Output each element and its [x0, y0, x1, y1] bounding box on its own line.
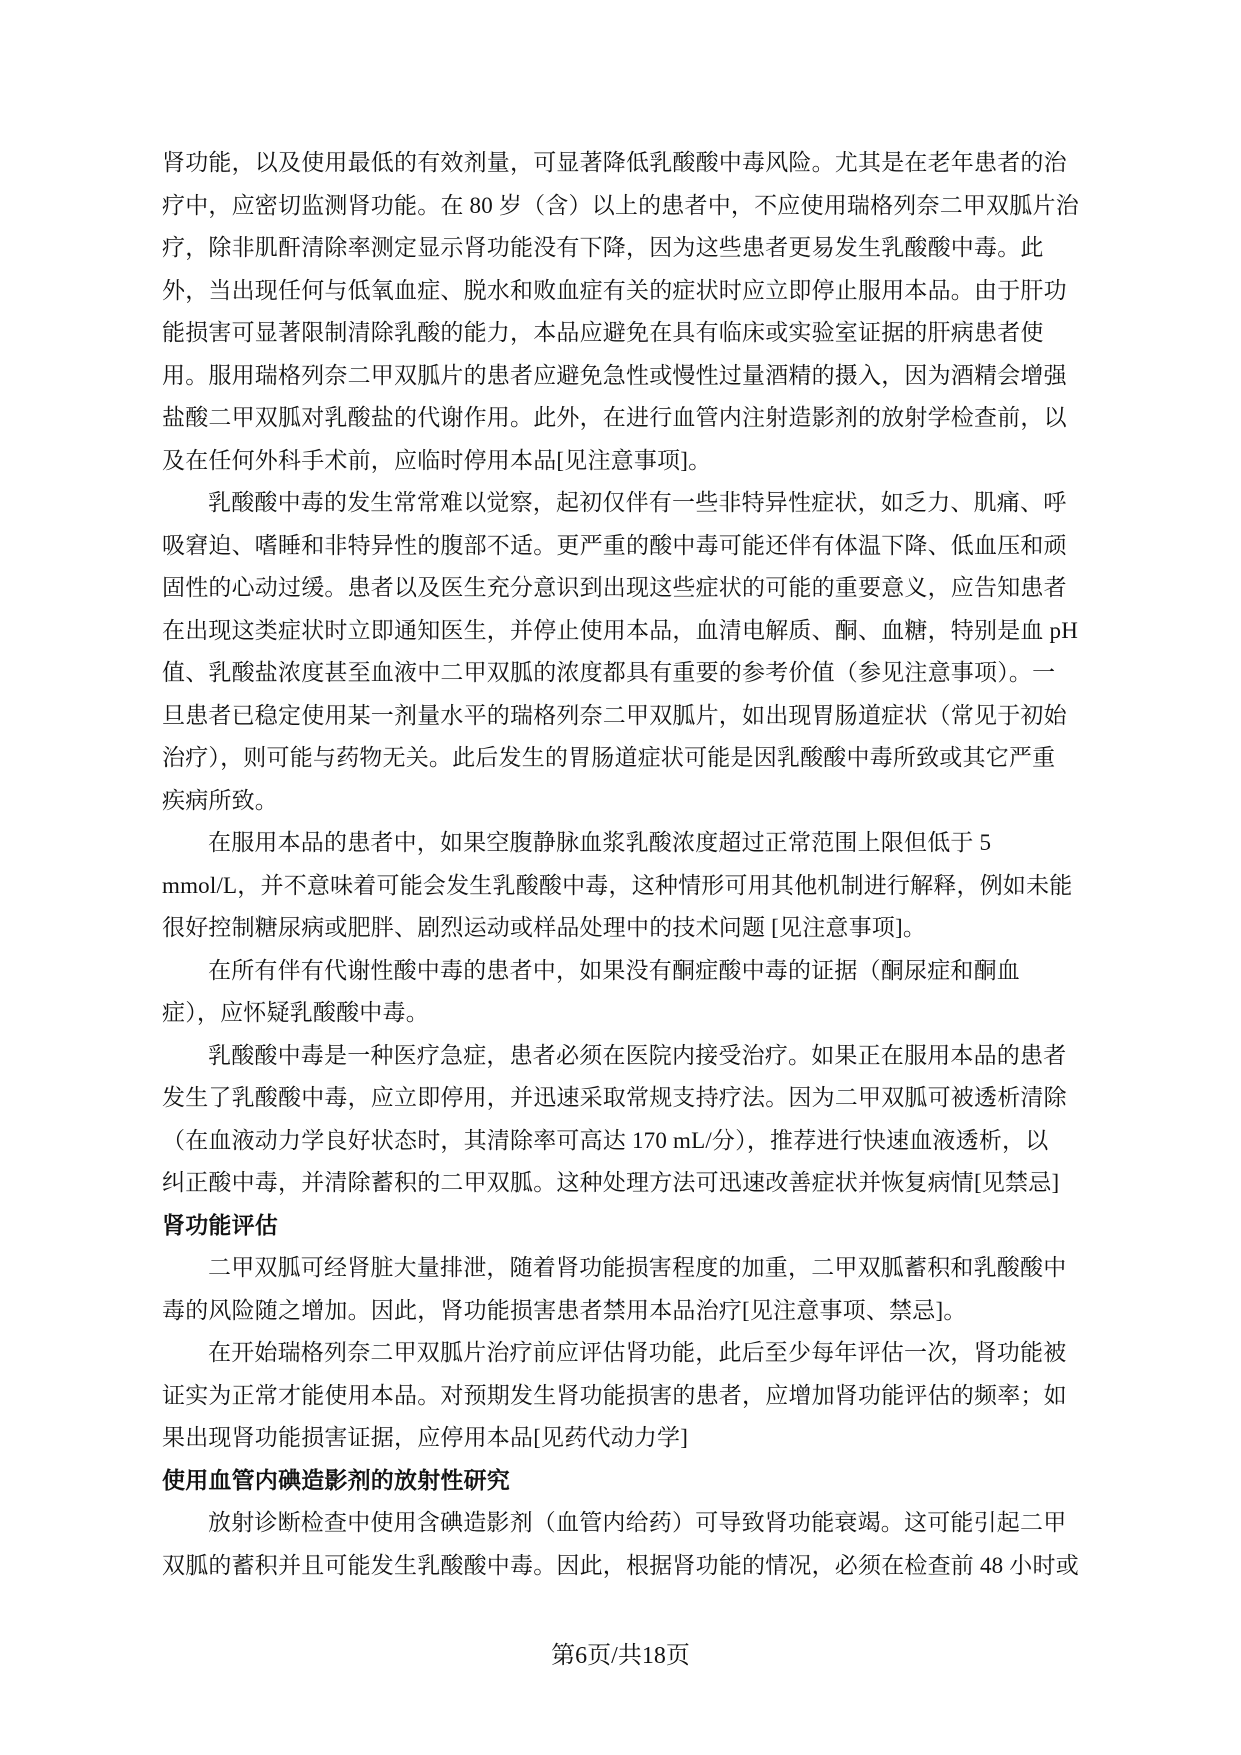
text-line: 用。服用瑞格列奈二甲双胍片的患者应避免急性或慢性过量酒精的摄入，因为酒精会增强 [162, 355, 1087, 398]
page-footer: 第6页/共18页 [0, 1640, 1241, 1672]
text-line: 发生了乳酸酸中毒，应立即停用，并迅速采取常规支持疗法。因为二甲双胍可被透析清除 [162, 1077, 1087, 1120]
text-line: 在出现这类症状时立即通知医生，并停止使用本品，血清电解质、酮、血糖，特别是血 p… [162, 610, 1087, 653]
text-line: 在服用本品的患者中，如果空腹静脉血浆乳酸浓度超过正常范围上限但低于 5 [162, 822, 1087, 865]
section-heading: 使用血管内碘造影剂的放射性研究 [162, 1460, 1087, 1503]
section-heading: 肾功能评估 [162, 1205, 1087, 1248]
text-line: 能损害可显著限制清除乳酸的能力，本品应避免在具有临床或实验室证据的肝病患者使 [162, 312, 1087, 355]
text-line: 症），应怀疑乳酸酸中毒。 [162, 992, 1087, 1035]
text-line: 旦患者已稳定使用某一剂量水平的瑞格列奈二甲双胍片，如出现胃肠道症状（常见于初始 [162, 695, 1087, 738]
text-line: 纠正酸中毒，并清除蓄积的二甲双胍。这种处理方法可迅速改善症状并恢复病情[见禁忌] [162, 1162, 1087, 1205]
page-number: 第6页/共18页 [551, 1643, 690, 1669]
text-line: 疗，除非肌酐清除率测定显示肾功能没有下降，因为这些患者更易发生乳酸酸中毒。此 [162, 227, 1087, 270]
text-line: 乳酸酸中毒是一种医疗急症，患者必须在医院内接受治疗。如果正在服用本品的患者 [162, 1035, 1087, 1078]
text-line: 二甲双胍可经肾脏大量排泄，随着肾功能损害程度的加重，二甲双胍蓄积和乳酸酸中 [162, 1247, 1087, 1290]
text-line: 肾功能，以及使用最低的有效剂量，可显著降低乳酸酸中毒风险。尤其是在老年患者的治 [162, 142, 1087, 185]
text-line: 疾病所致。 [162, 780, 1087, 823]
text-line: mmol/L，并不意味着可能会发生乳酸酸中毒，这种情形可用其他机制进行解释，例如… [162, 865, 1087, 908]
text-line: 疗中，应密切监测肾功能。在 80 岁（含）以上的患者中，不应使用瑞格列奈二甲双胍… [162, 185, 1087, 228]
text-line: 很好控制糖尿病或肥胖、剧烈运动或样品处理中的技术问题 [见注意事项]。 [162, 907, 1087, 950]
text-line: 放射诊断检查中使用含碘造影剂（血管内给药）可导致肾功能衰竭。这可能引起二甲 [162, 1502, 1087, 1545]
text-line: 果出现肾功能损害证据，应停用本品[见药代动力学] [162, 1417, 1087, 1460]
document-page: 肾功能，以及使用最低的有效剂量，可显著降低乳酸酸中毒风险。尤其是在老年患者的治疗… [0, 0, 1241, 1755]
text-line: 值、乳酸盐浓度甚至血液中二甲双胍的浓度都具有重要的参考价值（参见注意事项）。一 [162, 652, 1087, 695]
text-line: 乳酸酸中毒的发生常常难以觉察，起初仅伴有一些非特异性症状，如乏力、肌痛、呼 [162, 482, 1087, 525]
text-line: 及在任何外科手术前，应临时停用本品[见注意事项]。 [162, 440, 1087, 483]
body-text: 肾功能，以及使用最低的有效剂量，可显著降低乳酸酸中毒风险。尤其是在老年患者的治疗… [162, 142, 1087, 1587]
text-line: 毒的风险随之增加。因此，肾功能损害患者禁用本品治疗[见注意事项、禁忌]。 [162, 1290, 1087, 1333]
text-line: 外，当出现任何与低氧血症、脱水和败血症有关的症状时应立即停止服用本品。由于肝功 [162, 270, 1087, 313]
text-line: 双胍的蓄积并且可能发生乳酸酸中毒。因此，根据肾功能的情况，必须在检查前 48 小… [162, 1545, 1087, 1588]
text-line: 证实为正常才能使用本品。对预期发生肾功能损害的患者，应增加肾功能评估的频率；如 [162, 1375, 1087, 1418]
text-line: 盐酸二甲双胍对乳酸盐的代谢作用。此外，在进行血管内注射造影剂的放射学检查前，以 [162, 397, 1087, 440]
text-line: 治疗），则可能与药物无关。此后发生的胃肠道症状可能是因乳酸酸中毒所致或其它严重 [162, 737, 1087, 780]
text-line: 在开始瑞格列奈二甲双胍片治疗前应评估肾功能，此后至少每年评估一次，肾功能被 [162, 1332, 1087, 1375]
text-line: 固性的心动过缓。患者以及医生充分意识到出现这些症状的可能的重要意义，应告知患者 [162, 567, 1087, 610]
text-line: （在血液动力学良好状态时，其清除率可高达 170 mL/分），推荐进行快速血液透… [162, 1120, 1087, 1163]
text-line: 在所有伴有代谢性酸中毒的患者中，如果没有酮症酸中毒的证据（酮尿症和酮血 [162, 950, 1087, 993]
text-line: 吸窘迫、嗜睡和非特异性的腹部不适。更严重的酸中毒可能还伴有体温下降、低血压和顽 [162, 525, 1087, 568]
